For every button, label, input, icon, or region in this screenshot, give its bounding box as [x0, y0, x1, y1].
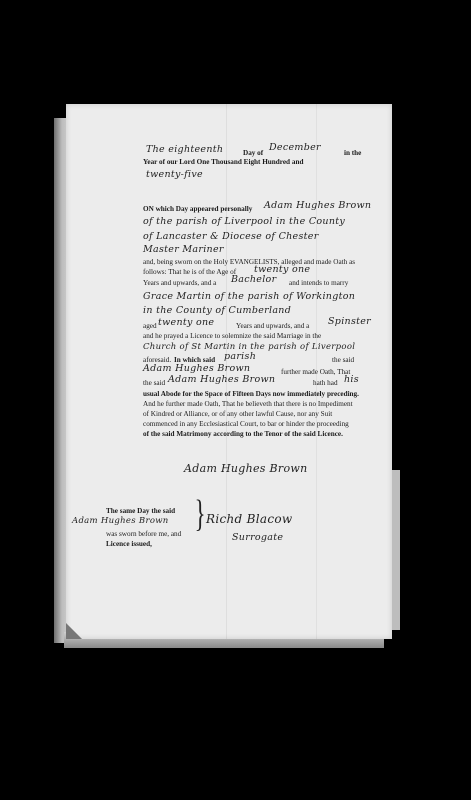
sworn-line: and, being sworn on the Holy EVANGELISTS… — [143, 257, 355, 267]
surrogate-signature: Richd Blacow — [206, 512, 292, 526]
jurat-line1: The same Day the said — [106, 506, 175, 516]
appeared-label: ON which Day appeared personally — [143, 204, 252, 214]
bride-status-prefix: Years and upwards, and a — [236, 321, 309, 331]
the-said-label: the said — [332, 355, 354, 365]
brace-bracket: } — [195, 494, 206, 534]
appellant-signature: Adam Hughes Brown — [184, 462, 308, 475]
prayed-line: and he prayed a Licence to solemnize the… — [143, 331, 321, 341]
name-repeat-2: Adam Hughes Brown — [168, 374, 275, 385]
abode-line: usual Abode for the Space of Fifteen Day… — [143, 389, 359, 399]
parish-handwritten: parish — [224, 351, 256, 362]
appellant-occupation: Master Mariner — [143, 244, 224, 255]
bride-age: twenty one — [158, 317, 214, 328]
folded-corner — [66, 623, 82, 639]
appellant-line2: of the parish of Liverpool in the County — [143, 216, 345, 227]
year-line: Year of our Lord One Thousand Eight Hund… — [143, 157, 303, 167]
document-page: The eighteenth Day of December in the Ye… — [66, 104, 392, 639]
status-prefix: Years and upwards, and a — [143, 278, 216, 288]
appellant-line3: of Lancaster & Diocese of Chester — [143, 231, 319, 242]
month-handwritten: December — [269, 142, 321, 153]
impediment-line: And he further made Oath, That he believ… — [143, 399, 353, 409]
bride-line2: in the County of Cumberland — [143, 305, 291, 316]
bride-status: Spinster — [328, 316, 371, 327]
aged-label: aged — [143, 321, 157, 331]
age-prefix: follows: That he is of the Age of — [143, 267, 236, 277]
paper-stack-right-edge — [392, 470, 400, 630]
year-handwritten: twenty-five — [146, 169, 203, 180]
appellant-name: Adam Hughes Brown — [264, 200, 371, 211]
court-line: commenced in any Ecclesiastical Court, t… — [143, 419, 349, 429]
the-said-2: the said — [143, 378, 165, 388]
name-repeat-1: Adam Hughes Brown — [143, 363, 250, 374]
further-oath: further made Oath, That — [281, 367, 350, 377]
bride-line1: Grace Martin of the parish of Workington — [143, 291, 355, 302]
surrogate-title: Surrogate — [232, 532, 283, 543]
matrimony-line: of the said Matrimony according to the T… — [143, 429, 343, 439]
his: his — [344, 374, 359, 385]
day-handwritten: The eighteenth — [146, 144, 223, 155]
kindred-line: of Kindred or Alliance, or of any other … — [143, 409, 332, 419]
jurat-name: Adam Hughes Brown — [72, 516, 169, 526]
in-the-label: in the — [344, 148, 361, 158]
intends-label: and intends to marry — [289, 278, 348, 288]
jurat-line3: Licence issued, — [106, 539, 152, 549]
jurat-line2: was sworn before me, and — [106, 529, 181, 539]
hath-had: hath had — [313, 378, 338, 388]
appellant-status: Bachelor — [231, 274, 276, 285]
